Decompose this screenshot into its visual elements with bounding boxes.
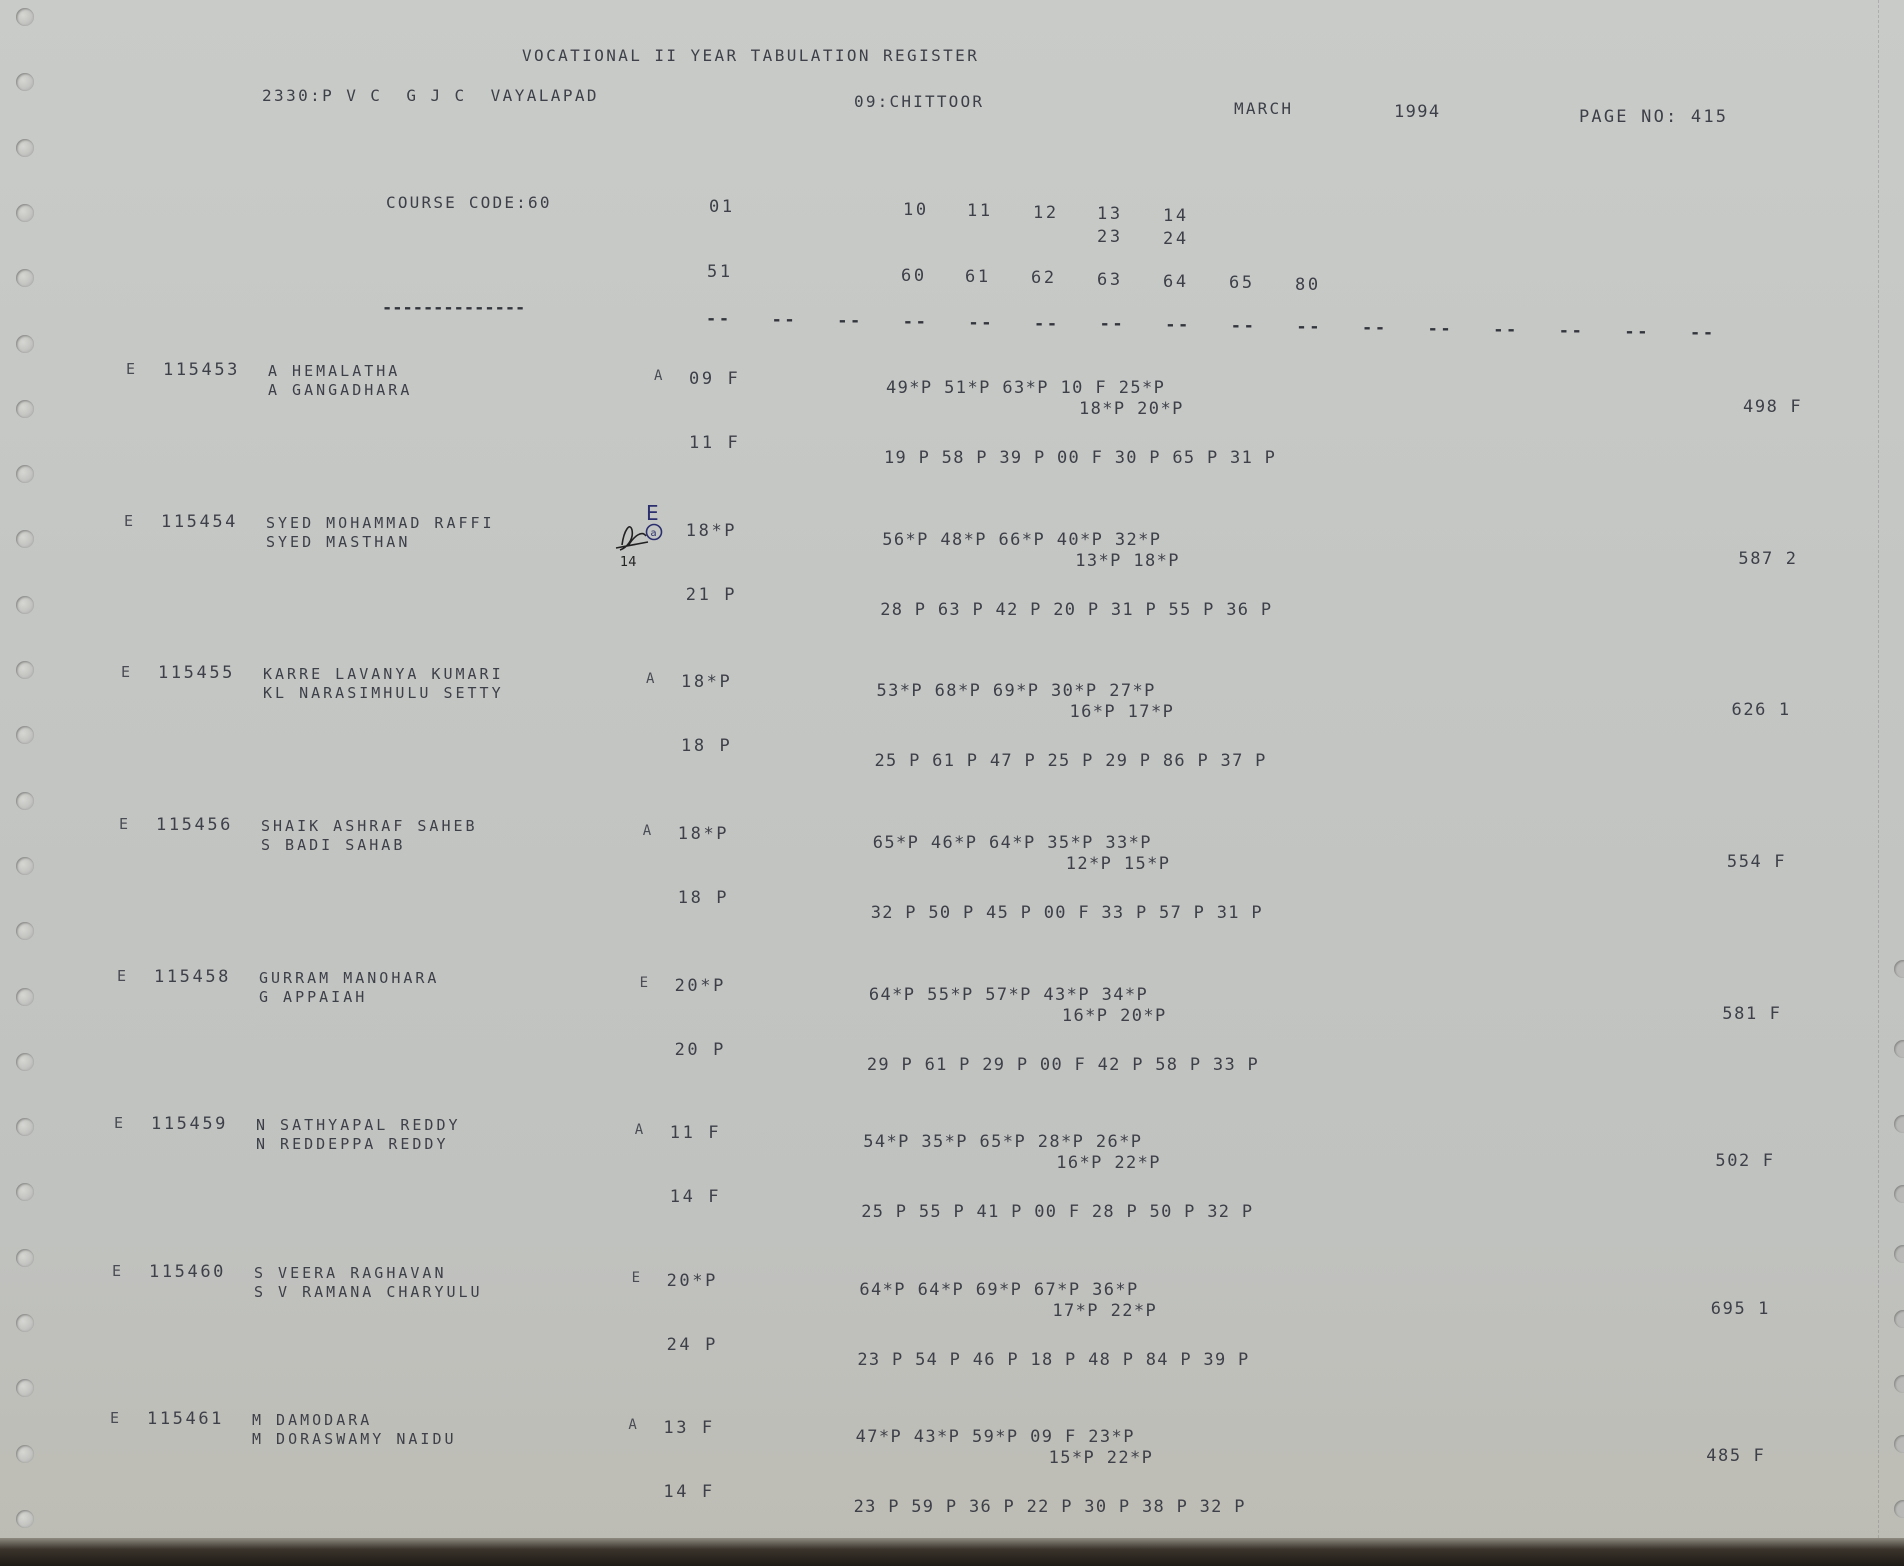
roll-number: 115455 — [158, 665, 235, 682]
column-code: 14 — [1163, 208, 1189, 225]
subject-marks-row1: 65*P 46*P 64*P 35*P 33*P — [873, 835, 1152, 852]
course-code: COURSE CODE:60 — [386, 195, 552, 211]
subject-marks-row2: 17*P 22*P — [1052, 1303, 1157, 1320]
column-code: 10 — [903, 202, 929, 219]
part1-mark: 18*P — [678, 826, 729, 843]
college-code-name: 2330:P V C G J C VAYALAPAD — [262, 88, 599, 104]
total-and-result: 695 1 — [1711, 1301, 1770, 1318]
subject-marks-row2: 13*P 18*P — [1075, 553, 1180, 570]
tabulation-register-sheet: VOCATIONAL II YEAR TABULATION REGISTER 2… — [0, 0, 1904, 1548]
svg-text:14: 14 — [620, 555, 637, 570]
feed-hole — [1894, 1310, 1904, 1328]
feed-hole — [16, 8, 34, 26]
tractor-feed-holes — [16, 0, 46, 1548]
subject-marks-row1: 49*P 51*P 63*P 10 F 25*P — [886, 380, 1165, 397]
student-name: A HEMALATHA — [268, 364, 400, 379]
total-and-result: 502 F — [1715, 1153, 1774, 1170]
district: 09:CHITTOOR — [854, 94, 984, 110]
feed-hole — [16, 1510, 34, 1528]
roll-number: 115461 — [147, 1411, 224, 1428]
father-name: N REDDEPPA REDDY — [256, 1137, 449, 1152]
register-title: VOCATIONAL II YEAR TABULATION REGISTER — [522, 48, 979, 64]
medium-code: E — [112, 1264, 124, 1279]
subject-marks-row3: 23 P 59 P 36 P 22 P 30 P 38 P 32 P — [854, 1499, 1246, 1516]
column-code: 13 — [1097, 206, 1123, 223]
feed-hole — [1894, 1115, 1904, 1133]
total-and-result: 587 2 — [1738, 551, 1797, 568]
feed-hole — [16, 1118, 34, 1136]
column-code: 11 — [967, 203, 993, 220]
category-code: A — [643, 824, 654, 838]
subject-marks-row3: 25 P 55 P 41 P 00 F 28 P 50 P 32 P — [861, 1204, 1253, 1221]
column-separator: -- — [837, 313, 863, 330]
feed-hole — [16, 1379, 34, 1397]
subject-marks-row2: 12*P 15*P — [1066, 856, 1171, 873]
subject-marks-row2: 16*P 20*P — [1062, 1008, 1167, 1025]
roll-number: 115458 — [154, 969, 231, 986]
subject-marks-row1: 53*P 68*P 69*P 30*P 27*P — [877, 683, 1156, 700]
roll-number: 115460 — [149, 1264, 226, 1281]
subject-marks-row1: 56*P 48*P 66*P 40*P 32*P — [882, 532, 1161, 549]
column-separator: -- — [1690, 325, 1716, 342]
category-code: E — [640, 976, 651, 990]
feed-hole — [16, 1445, 34, 1463]
medium-code: E — [121, 665, 133, 680]
part1-mark: 13 F — [663, 1420, 714, 1437]
column-separator: -- — [706, 311, 732, 328]
feed-hole — [16, 792, 34, 810]
subject-marks-row1: 64*P 64*P 69*P 67*P 36*P — [859, 1282, 1138, 1299]
page-number: PAGE NO: 415 — [1579, 109, 1728, 126]
feed-hole — [16, 139, 34, 157]
student-name: M DAMODARA — [252, 1413, 372, 1428]
column-code: 62 — [1031, 270, 1057, 287]
feed-hole — [1894, 1185, 1904, 1203]
feed-hole — [16, 596, 34, 614]
student-name: S VEERA RAGHAVAN — [254, 1266, 447, 1281]
father-name: G APPAIAH — [259, 990, 367, 1005]
column-separator: -- — [968, 315, 994, 332]
part1-second-mark: 21 P — [686, 587, 737, 604]
subject-marks-row1: 54*P 35*P 65*P 28*P 26*P — [863, 1134, 1142, 1151]
feed-hole — [1894, 1435, 1904, 1453]
roll-number: 115456 — [156, 817, 233, 834]
subject-marks-row2: 15*P 22*P — [1049, 1450, 1154, 1467]
feed-hole — [16, 1314, 34, 1332]
medium-code: E — [124, 514, 136, 529]
column-separator: -- — [772, 312, 798, 329]
column-separator: -- — [1624, 324, 1650, 341]
feed-hole — [16, 204, 34, 222]
handwritten-annotation: E a 14 — [612, 500, 672, 570]
feed-hole — [1894, 1375, 1904, 1393]
part1-second-mark: 14 F — [670, 1189, 721, 1206]
feed-hole — [1894, 1245, 1904, 1263]
column-code: 65 — [1229, 275, 1255, 292]
part1-second-mark: 20 P — [675, 1042, 726, 1059]
subject-marks-row3: 23 P 54 P 46 P 18 P 48 P 84 P 39 P — [857, 1352, 1249, 1369]
column-separator: -- — [1362, 320, 1388, 337]
father-name: A GANGADHARA — [268, 383, 412, 398]
medium-code: E — [114, 1116, 126, 1131]
part1-second-mark: 18 P — [678, 890, 729, 907]
part1-mark: 20*P — [675, 978, 726, 995]
total-and-result: 626 1 — [1732, 702, 1791, 719]
column-code: 64 — [1163, 274, 1189, 291]
feed-hole — [16, 661, 34, 679]
category-code: A — [635, 1123, 646, 1137]
father-name: M DORASWAMY NAIDU — [252, 1432, 457, 1447]
total-and-result: 581 F — [1722, 1006, 1781, 1023]
column-code: 61 — [965, 269, 991, 286]
subject-marks-row2: 18*P 20*P — [1079, 401, 1184, 418]
category-code: A — [628, 1418, 639, 1432]
part1-mark: 11 F — [670, 1125, 721, 1142]
feed-hole — [16, 269, 34, 287]
student-name: KARRE LAVANYA KUMARI — [263, 667, 504, 682]
part1-mark: 09 F — [689, 371, 740, 388]
column-code: 23 — [1097, 229, 1123, 246]
subject-marks-row1: 47*P 43*P 59*P 09 F 23*P — [856, 1429, 1135, 1446]
subject-marks-row3: 29 P 61 P 29 P 00 F 42 P 58 P 33 P — [867, 1057, 1259, 1074]
medium-code: E — [119, 817, 131, 832]
feed-hole — [16, 530, 34, 548]
subject-marks-row3: 28 P 63 P 42 P 20 P 31 P 55 P 36 P — [880, 602, 1272, 619]
column-separator: -- — [1100, 316, 1126, 333]
roll-number: 115454 — [161, 514, 238, 531]
subject-marks-row3: 25 P 61 P 47 P 25 P 29 P 86 P 37 P — [875, 753, 1267, 770]
feed-hole — [16, 1249, 34, 1267]
column-code: 12 — [1033, 205, 1059, 222]
signature-icon — [616, 527, 648, 550]
part1-mark: 18*P — [681, 674, 732, 691]
perforation-line — [1878, 0, 1880, 1548]
exam-month: MARCH — [1234, 101, 1293, 117]
feed-hole — [16, 988, 34, 1006]
roll-number: 115459 — [151, 1116, 228, 1133]
feed-hole — [1894, 960, 1904, 978]
category-code: A — [654, 369, 665, 383]
column-separator: -- — [1493, 322, 1519, 339]
student-name: SHAIK ASHRAF SAHEB — [261, 819, 478, 834]
medium-code: E — [110, 1411, 122, 1426]
part1-mark: 20*P — [667, 1273, 718, 1290]
column-separator: -- — [1165, 317, 1191, 334]
student-name: N SATHYAPAL REDDY — [256, 1118, 461, 1133]
column-code: 63 — [1097, 272, 1123, 289]
column-separator: -- — [1296, 319, 1322, 336]
handwritten-letter: E — [646, 501, 659, 525]
subject-marks-row2: 16*P 22*P — [1056, 1155, 1161, 1172]
feed-hole — [16, 1183, 34, 1201]
svg-text:a: a — [651, 528, 657, 539]
feed-hole — [16, 73, 34, 91]
column-code: 01 — [709, 199, 735, 216]
feed-hole — [16, 400, 34, 418]
part1-second-mark: 14 F — [663, 1484, 714, 1501]
feed-hole — [16, 1053, 34, 1071]
column-separator: -- — [1231, 318, 1257, 335]
subject-marks-row3: 32 P 50 P 45 P 00 F 33 P 57 P 31 P — [871, 905, 1263, 922]
part1-mark: 18*P — [686, 523, 737, 540]
column-separator: -- — [1559, 323, 1585, 340]
part1-second-mark: 11 F — [689, 435, 740, 452]
father-name: KL NARASIMHULU SETTY — [263, 686, 504, 701]
father-name: SYED MASTHAN — [266, 535, 410, 550]
name-column-underline: -------------- — [382, 300, 525, 317]
medium-code: E — [126, 362, 138, 377]
column-separator: -- — [1428, 321, 1454, 338]
column-separator: -- — [1034, 316, 1060, 333]
column-code: 24 — [1163, 231, 1189, 248]
column-code: 80 — [1295, 277, 1321, 294]
feed-hole — [16, 922, 34, 940]
total-and-result: 554 F — [1727, 854, 1786, 871]
feed-hole — [16, 335, 34, 353]
subject-marks-row3: 19 P 58 P 39 P 00 F 30 P 65 P 31 P — [884, 450, 1276, 467]
total-and-result: 498 F — [1743, 399, 1802, 416]
student-name: GURRAM MANOHARA — [259, 971, 439, 986]
feed-hole — [16, 465, 34, 483]
feed-hole — [16, 857, 34, 875]
father-name: S V RAMANA CHARYULU — [254, 1285, 483, 1300]
category-code: A — [646, 672, 657, 686]
column-code: 51 — [707, 264, 733, 281]
desk-background — [0, 1538, 1904, 1566]
student-name: SYED MOHAMMAD RAFFI — [266, 516, 495, 531]
part1-second-mark: 24 P — [667, 1337, 718, 1354]
part1-second-mark: 18 P — [681, 738, 732, 755]
total-and-result: 485 F — [1706, 1448, 1765, 1465]
roll-number: 115453 — [163, 362, 240, 379]
medium-code: E — [117, 969, 129, 984]
category-code: E — [632, 1271, 643, 1285]
father-name: S BADI SAHAB — [261, 838, 405, 853]
exam-year: 1994 — [1394, 104, 1441, 121]
feed-hole — [16, 726, 34, 744]
column-code: 60 — [901, 268, 927, 285]
subject-marks-row1: 64*P 55*P 57*P 43*P 34*P — [869, 987, 1148, 1004]
feed-hole — [1894, 1040, 1904, 1058]
subject-marks-row2: 16*P 17*P — [1070, 704, 1175, 721]
feed-hole — [1894, 1500, 1904, 1518]
column-separator: -- — [903, 314, 929, 331]
